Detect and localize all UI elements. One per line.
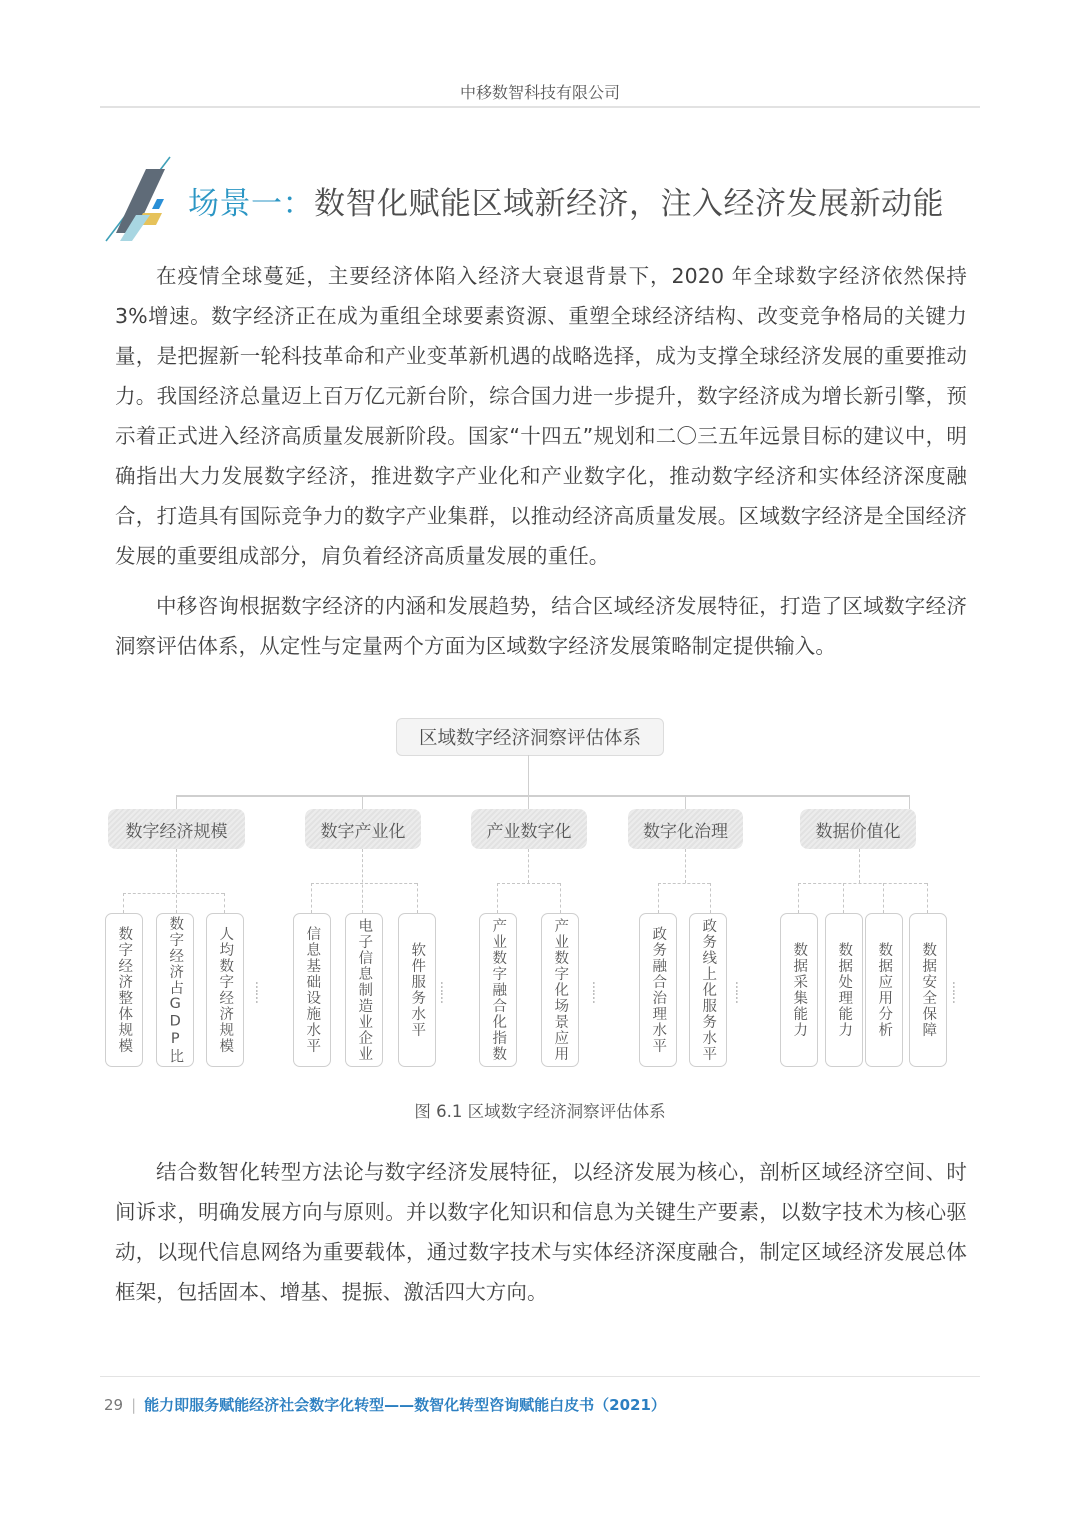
more-ellipsis: ……	[733, 981, 747, 1003]
connector-line	[685, 795, 686, 809]
leaf-node: 电子信息制造业企业	[345, 913, 383, 1067]
dashed-connector	[685, 849, 686, 883]
body-paragraph-2: 中移咨询根据数字经济的内涵和发展趋势，结合区域经济发展特征，打造了区域数字经济洞…	[115, 586, 967, 666]
leaf-node: 数据应用分析	[865, 913, 903, 1067]
connector-line	[362, 795, 363, 809]
figure-caption: 图 6.1 区域数字经济洞察评估体系	[0, 1098, 1080, 1122]
leaf-node: 信息基础设施水平	[293, 913, 331, 1067]
leaf-node: 数据安全保障	[909, 913, 947, 1067]
dashed-connector	[497, 883, 560, 884]
dashed-connector	[798, 883, 927, 884]
leaf-node: 数据处理能力	[825, 913, 863, 1067]
dashed-connector	[859, 849, 860, 883]
leaf-label: 软件服务水平	[410, 942, 425, 1038]
connector-line	[176, 795, 177, 809]
dashed-connector	[658, 883, 710, 884]
header-divider	[100, 106, 980, 108]
diagram-root-node: 区域数字经济洞察评估体系	[396, 718, 664, 756]
category-node: 数字产业化	[305, 809, 421, 849]
section-title-prefix: 场景一：	[188, 186, 314, 222]
dashed-connector	[417, 883, 418, 913]
leaf-label: 产业数字化场景应用	[553, 918, 568, 1062]
page-footer: 29|能力即服务赋能经济社会数字化转型——数智化转型咨询赋能白皮书（2021）	[104, 1394, 666, 1415]
dashed-connector	[843, 883, 844, 913]
more-ellipsis: ……	[590, 981, 604, 1003]
section-title-slash-icon	[102, 155, 182, 245]
dashed-connector	[176, 849, 177, 913]
connector-line	[909, 795, 910, 809]
company-name: 中移数智科技有限公司	[0, 80, 1080, 103]
leaf-label: 数据安全保障	[921, 942, 936, 1038]
dashed-connector	[362, 849, 363, 913]
leaf-node: 软件服务水平	[398, 913, 436, 1067]
leaf-label: 政务融合治理水平	[651, 926, 666, 1054]
dashed-connector	[311, 883, 417, 884]
connector-line	[528, 795, 529, 809]
leaf-label: 电子信息制造业企业	[357, 918, 372, 1062]
category-node: 数据价值化	[800, 809, 916, 849]
leaf-label: 数字经济整体规模	[117, 926, 132, 1054]
category-node: 数字化治理	[628, 809, 743, 849]
leaf-label: 信息基础设施水平	[305, 926, 320, 1054]
leaf-label: 数据采集能力	[792, 942, 807, 1038]
more-ellipsis: ……	[253, 981, 267, 1003]
dashed-connector	[311, 883, 312, 913]
section-title-text: 数智化赋能区域新经济，注入经济发展新动能	[314, 186, 944, 222]
footer-separator: |	[131, 1396, 136, 1414]
leaf-label: 数字经济占GDP比	[168, 916, 183, 1065]
leaf-label: 政务线上化服务水平	[701, 918, 716, 1062]
connector-line	[528, 755, 529, 795]
dashed-connector	[497, 883, 498, 913]
more-ellipsis: ……	[950, 981, 964, 1003]
connector-line	[176, 795, 910, 797]
leaf-node: 数字经济整体规模	[105, 913, 143, 1067]
section-title: 场景一：数智化赋能区域新经济，注入经济发展新动能	[188, 178, 944, 223]
leaf-label: 数据处理能力	[837, 942, 852, 1038]
leaf-node: 数据采集能力	[780, 913, 818, 1067]
paragraph-text: 在疫情全球蔓延，主要经济体陷入经济大衰退背景下，2020 年全球数字经济依然保持…	[115, 256, 967, 576]
leaf-node: 政务线上化服务水平	[689, 913, 727, 1067]
leaf-node: 数字经济占GDP比	[156, 913, 194, 1067]
dashed-connector	[798, 883, 799, 913]
body-paragraph-1: 在疫情全球蔓延，主要经济体陷入经济大衰退背景下，2020 年全球数字经济依然保持…	[115, 256, 967, 576]
dashed-connector	[224, 893, 225, 913]
evaluation-system-diagram: 区域数字经济洞察评估体系 数字经济规模 数字产业化 产业数字化 数字化治理 数据…	[100, 715, 980, 1075]
leaf-node: 政务融合治理水平	[639, 913, 677, 1067]
dashed-connector	[710, 883, 711, 913]
leaf-node: 人均数字经济规模	[206, 913, 244, 1067]
dashed-connector	[123, 893, 124, 913]
category-node: 数字经济规模	[108, 809, 245, 849]
body-paragraph-3: 结合数智化转型方法论与数字经济发展特征，以经济发展为核心，剖析区域经济空间、时间…	[115, 1152, 967, 1312]
page-number: 29	[104, 1396, 123, 1414]
dashed-connector	[123, 893, 224, 894]
paragraph-text: 结合数智化转型方法论与数字经济发展特征，以经济发展为核心，剖析区域经济空间、时间…	[115, 1152, 967, 1312]
leaf-label: 数据应用分析	[877, 942, 892, 1038]
footer-divider	[100, 1376, 980, 1377]
dashed-connector	[658, 883, 659, 913]
leaf-node: 产业数字化场景应用	[541, 913, 579, 1067]
book-title: 能力即服务赋能经济社会数字化转型——数智化转型咨询赋能白皮书（2021）	[144, 1396, 666, 1414]
dashed-connector	[927, 883, 928, 913]
more-ellipsis: ……	[438, 981, 452, 1003]
dashed-connector	[560, 883, 561, 913]
category-node: 产业数字化	[471, 809, 587, 849]
paragraph-text: 中移咨询根据数字经济的内涵和发展趋势，结合区域经济发展特征，打造了区域数字经济洞…	[115, 586, 967, 666]
leaf-node: 产业数字融合化指数	[479, 913, 517, 1067]
leaf-label: 人均数字经济规模	[218, 926, 233, 1054]
dashed-connector	[528, 849, 529, 883]
dashed-connector	[883, 883, 884, 913]
leaf-label: 产业数字融合化指数	[491, 918, 506, 1062]
